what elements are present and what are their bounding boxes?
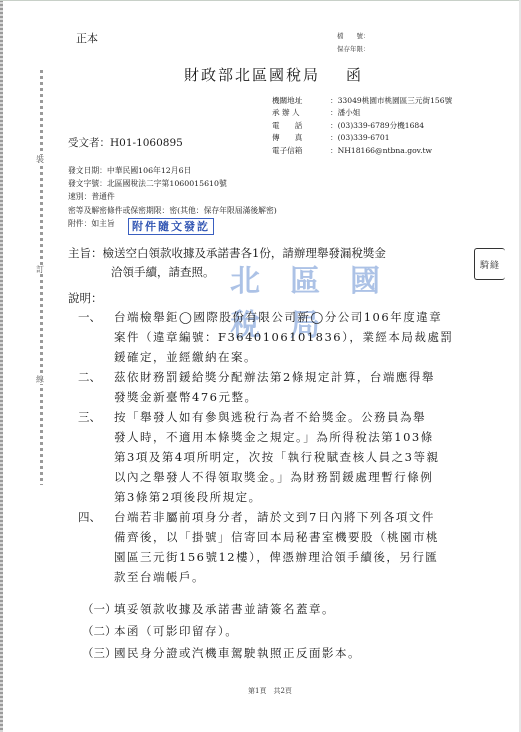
recipient: 受文者：H01-1060895: [68, 135, 183, 150]
required-documents-list: （一）填妥領款收據及承諾書並請簽名蓋章。 （二）本函（可影印留存）。 （三）國民…: [60, 598, 361, 664]
explanation-item: 三、 按「舉發人如有參與逃稅行為者不給獎金。公務員為舉 發人時，不適用本條獎金之…: [68, 407, 468, 507]
contact-handler: 承 辦 人：潘小姐: [272, 107, 452, 119]
explanation-body: 一、 台端檢舉鉅◯國際股份有限公司新◯分公司106年度違章 案件（違章編號：F3…: [68, 307, 468, 587]
seam-stamp: 騎縫: [474, 248, 505, 280]
binding-char-xian: 線: [36, 375, 44, 384]
attachment-stamp: 附件隨文發訖: [128, 218, 214, 235]
contact-phone: 電 話：(03)339-6789分機1684: [272, 120, 452, 132]
explanation-item: 一、 台端檢舉鉅◯國際股份有限公司新◯分公司106年度違章 案件（違章編號：F3…: [68, 307, 468, 367]
contact-email: 電子信箱：NH18166@ntbna.gov.tw: [272, 145, 452, 157]
official-seal-stamp: 北區國稅局: [230, 256, 430, 296]
binding-line: [40, 70, 43, 485]
contact-block: 機關地址：33049桃園市桃園區三元街156號 承 辦 人：潘小姐 電 話：(0…: [272, 95, 452, 157]
dispatch-date: 發文日期：中華民國106年12月6日: [68, 164, 277, 177]
copy-label: 正本: [76, 30, 98, 46]
document-title: 財政部北區國稅局函: [184, 64, 363, 85]
explanation-item: 四、 台端若非屬前項身分者，請於文到7日內將下列各項文件 備齊後，以「掛號」信寄…: [68, 507, 468, 587]
page-top-edge: [0, 0, 521, 1]
retention-period-label: 保存年限：: [337, 43, 370, 56]
confidentiality: 密等及解密條件或保密期限：密(其他：保存年限屆滿後解密): [68, 204, 277, 217]
page-number-footer: 第1頁 共2頁: [248, 686, 292, 696]
explanation-item: 二、 茲依財務罰鍰給獎分配辦法第2條規定計算，台端應得舉 發獎金新臺幣476元整…: [68, 367, 468, 407]
sub-item: （三）國民身分證或汽機車駕駛執照正反面影本。: [60, 642, 361, 664]
file-number-label: 檔 號：: [337, 30, 370, 43]
explanation-label: 說明：: [68, 290, 103, 306]
urgency: 速別：普通件: [68, 190, 277, 203]
page-left-edge: [0, 0, 3, 732]
document-type: 函: [346, 66, 363, 84]
sub-item: （一）填妥領款收據及承諾書並請簽名蓋章。: [60, 598, 361, 620]
agency-name: 財政部北區國稅局: [184, 66, 320, 84]
sub-item: （二）本函（可影印留存）。: [60, 620, 361, 642]
binding-char-ding: 訂: [36, 265, 44, 274]
dispatch-number: 發文字號：北區國稅法二字第1060015610號: [68, 177, 277, 190]
archive-info: 檔 號： 保存年限：: [337, 30, 370, 56]
binding-char-zhuang: 裝: [36, 155, 44, 164]
contact-fax: 傳 真：(03)339-6701: [272, 132, 452, 144]
contact-address: 機關地址：33049桃園市桃園區三元街156號: [272, 95, 452, 107]
